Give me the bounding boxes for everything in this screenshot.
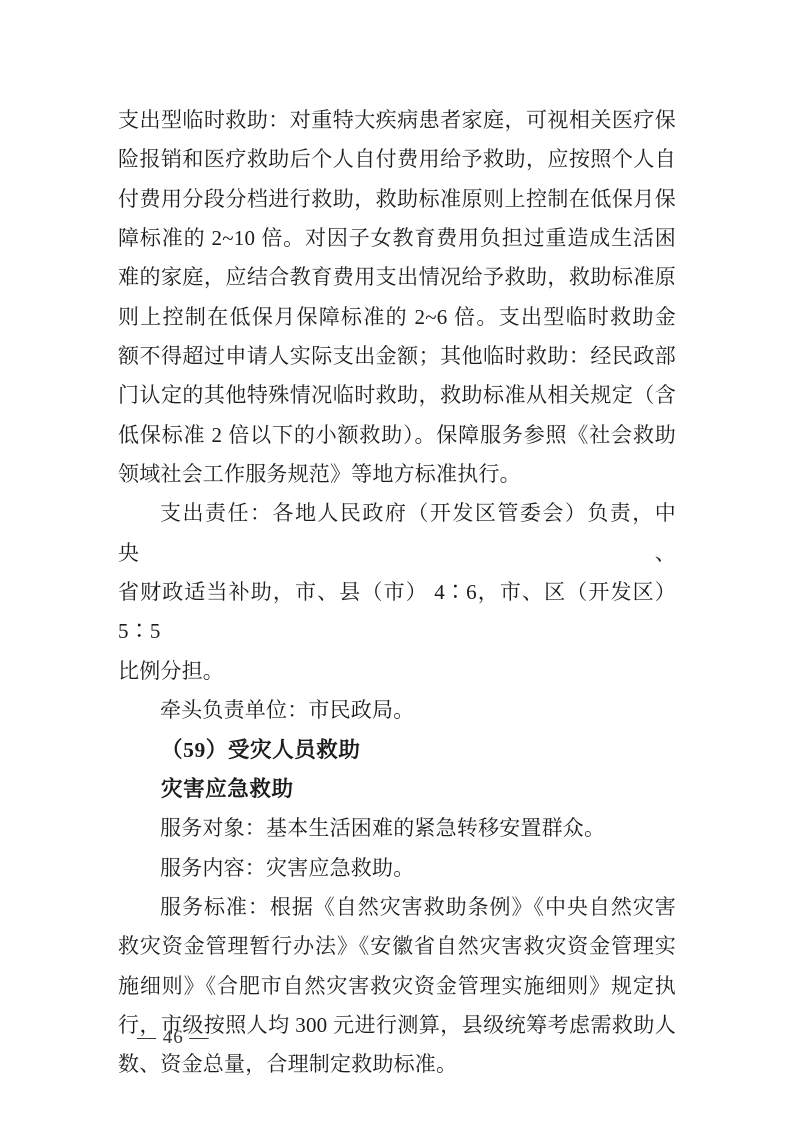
service-standard-paragraph-line-1: 服务标准：根据《自然灾害救助条例》《中央自然灾害: [118, 888, 676, 927]
expenditure-type-temporary-assistance-paragraph-line-7: 额不得超过申请人实际支出金额；其他临时救助：经民政部: [118, 337, 676, 376]
heading-disaster-emergency-assistance-line-1: 灾害应急救助: [118, 770, 676, 809]
service-target-paragraph-line-1: 服务对象：基本生活困难的紧急转移安置群众。: [118, 809, 676, 848]
expenditure-type-temporary-assistance-paragraph-line-8: 门认定的其他特殊情况临时救助，救助标准从相关规定（含: [118, 376, 676, 415]
service-standard-paragraph-line-2: 救灾资金管理暂行办法》《安徽省自然灾害救灾资金管理实: [118, 927, 676, 966]
expenditure-type-temporary-assistance-paragraph-line-2: 险报销和医疗救助后个人自付费用给予救助，应按照个人自: [118, 140, 676, 179]
service-content-paragraph-line-1: 服务内容：灾害应急救助。: [118, 849, 676, 888]
expenditure-type-temporary-assistance-paragraph-line-9: 低保标准 2 倍以下的小额救助）。保障服务参照《社会救助: [118, 416, 676, 455]
service-standard-paragraph-line-5: 数、资金总量，合理制定救助标准。: [118, 1045, 676, 1084]
document-page: 支出型临时救助：对重特大疾病患者家庭，可视相关医疗保险报销和医疗救助后个人自付费…: [0, 0, 793, 1122]
expenditure-type-temporary-assistance-paragraph-line-4: 障标准的 2~10 倍。对因子女教育费用负担过重造成生活困: [118, 219, 676, 258]
expenditure-type-temporary-assistance-paragraph-line-6: 则上控制在低保月保障标准的 2~6 倍。支出型临时救助金: [118, 298, 676, 337]
expenditure-type-temporary-assistance-paragraph-line-1: 支出型临时救助：对重特大疾病患者家庭，可视相关医疗保: [118, 101, 676, 140]
service-standard-paragraph-line-3: 施细则》《合肥市自然灾害救灾资金管理实施细则》规定执: [118, 967, 676, 1006]
lead-responsible-unit-paragraph-line-1: 牵头负责单位：市民政局。: [118, 691, 676, 730]
expenditure-responsibility-paragraph-line-2: 省财政适当补助，市、县（市） 4∶6，市、区（开发区）5∶5: [118, 573, 676, 652]
expenditure-type-temporary-assistance-paragraph-line-10: 领域社会工作服务规范》等地方标准执行。: [118, 455, 676, 494]
expenditure-responsibility-paragraph-line-1: 支出责任：各地人民政府（开发区管委会）负责，中央、: [118, 494, 676, 573]
heading-item-59-disaster-victim-assistance-line-1: （59）受灾人员救助: [118, 731, 676, 770]
expenditure-type-temporary-assistance-paragraph-line-5: 难的家庭，应结合教育费用支出情况给予救助，救助标准原: [118, 258, 676, 297]
expenditure-type-temporary-assistance-paragraph-line-3: 付费用分段分档进行救助，救助标准原则上控制在低保月保: [118, 180, 676, 219]
document-text-block: 支出型临时救助：对重特大疾病患者家庭，可视相关医疗保险报销和医疗救助后个人自付费…: [118, 101, 676, 1085]
page-number: — 46 —: [137, 1026, 210, 1050]
expenditure-responsibility-paragraph-line-3: 比例分担。: [118, 652, 676, 691]
